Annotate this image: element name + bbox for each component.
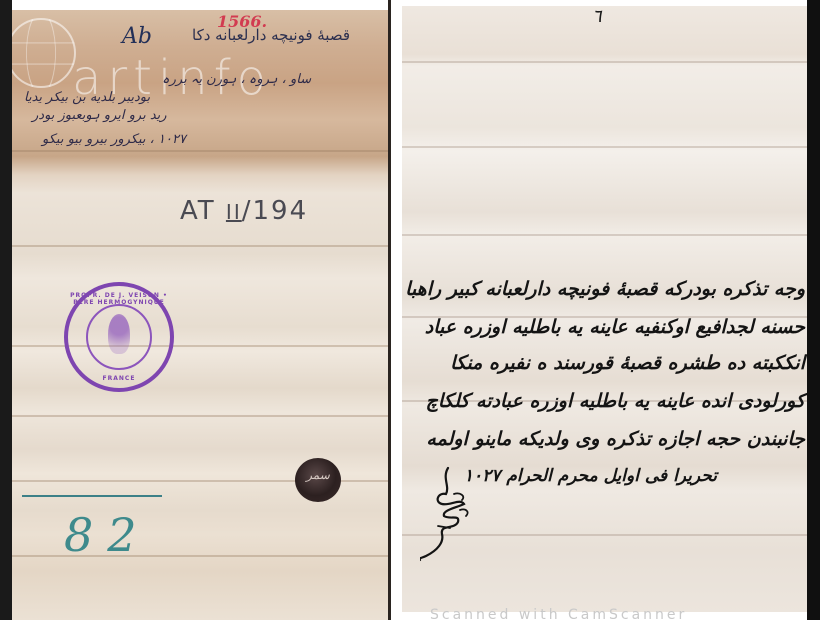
catalog-reference: AT II/194 bbox=[180, 196, 308, 226]
heading-mark: Ab bbox=[122, 24, 152, 49]
right-border bbox=[807, 0, 820, 620]
wax-seal-icon: سمر bbox=[295, 458, 341, 502]
paper-fold bbox=[12, 245, 388, 247]
cursive-line: رید برو ایرو ہوبعبوز بودر bbox=[32, 108, 167, 123]
paper-fold bbox=[402, 234, 807, 236]
right-manuscript-page: ٦ وجه تذکره بودرکه قصبۀ فونیچه دارلعبانه… bbox=[402, 6, 807, 612]
left-page-edge bbox=[388, 0, 391, 620]
text-line: وجه تذکره بودرکه قصبۀ فونیچه دارلعبانه ک… bbox=[405, 278, 805, 300]
text-line: جانبندن حجه اجازه تذکره وی ولدیکه ماینو … bbox=[426, 428, 805, 450]
paper-fold bbox=[402, 61, 807, 63]
paper-fold bbox=[402, 146, 807, 148]
cursive-line: بودیبر بلدیه بن بیکر یدیا bbox=[24, 90, 150, 105]
text-line: کورلودی انده عاینه یه باطلیه اوزره عبادت… bbox=[426, 390, 805, 412]
stamp-emblem-icon bbox=[108, 314, 130, 354]
teal-divider bbox=[22, 495, 162, 497]
stamp-bottom-text: FRANCE bbox=[68, 375, 170, 382]
library-stamp: PROPR. DE J. VEISON • PERE HERMOGYNIQUE … bbox=[64, 282, 174, 392]
seal-inscription: سمر bbox=[295, 468, 341, 482]
date-line: تحریرا فی اوایل محرم الحرام ۱۰۲۷ bbox=[464, 466, 717, 486]
left-border bbox=[0, 0, 12, 620]
left-manuscript-page: artinfo 1566. Ab قصبۀ فونیچه دارلعبانه د… bbox=[12, 10, 388, 620]
heading-script: قصبۀ فونیچه دارلعبانه دکا bbox=[192, 26, 350, 44]
catalog-prefix: AT bbox=[180, 196, 216, 226]
signature-icon bbox=[420, 464, 480, 564]
text-line: حسنه لجدافیع اوکنفیه عاینه یه باطلیه اوز… bbox=[425, 316, 805, 338]
text-line: انککبته ده طشره قصبۀ قورسند ه نفیره منکا bbox=[450, 352, 805, 374]
cursive-line: ساو ، ہروہ ، ہورن یہ بررہ bbox=[162, 72, 311, 87]
page-mark: ٦ bbox=[592, 6, 602, 27]
cursive-line: ١٠٢٧ ، بیکرور بیرو بیو بیکو bbox=[42, 132, 186, 147]
catalog-number: 194 bbox=[252, 196, 308, 226]
paper-fold bbox=[12, 150, 388, 152]
catalog-volume: II bbox=[226, 200, 242, 224]
folio-number: 82 bbox=[64, 508, 151, 562]
paper-fold bbox=[12, 415, 388, 417]
watermark-globe-icon bbox=[12, 18, 76, 88]
scan-watermark: Scanned with CamScanner bbox=[430, 607, 687, 620]
